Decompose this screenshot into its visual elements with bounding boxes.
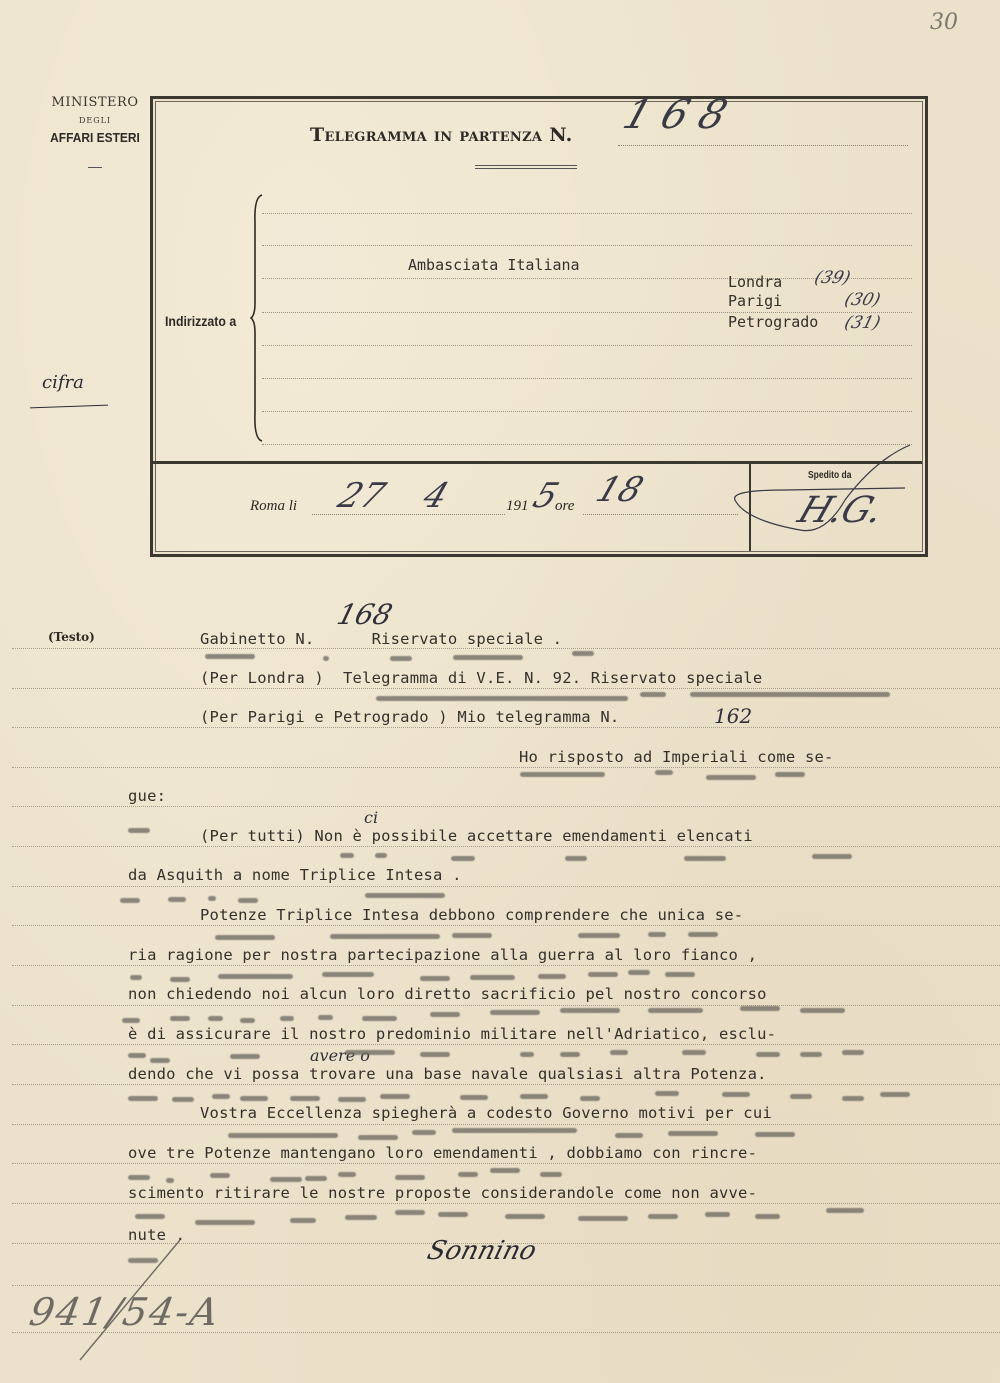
pencil-mark: [412, 1130, 436, 1135]
pencil-mark: [688, 932, 718, 937]
pencil-mark: [470, 975, 515, 980]
ruled-line: [12, 688, 1000, 689]
pencil-mark: [520, 772, 605, 777]
pencil-mark: [578, 1216, 628, 1221]
handwritten-telegram-number: 162: [714, 704, 752, 728]
form-number: 168: [618, 92, 745, 138]
pencil-mark: [775, 772, 805, 777]
section-label-testo: (Testo): [48, 630, 95, 644]
ruled-line: [12, 1005, 1000, 1006]
pencil-mark: [395, 1175, 425, 1180]
pencil-mark: [842, 1096, 864, 1101]
handwritten-insertion-ci: ci: [364, 808, 378, 827]
pencil-mark: [420, 976, 450, 981]
signature-flourish-icon: [725, 440, 925, 540]
year-prefix: 191: [506, 498, 529, 515]
title-double-rule: [475, 165, 577, 169]
pencil-mark: [451, 856, 475, 861]
pencil-mark: [205, 654, 255, 659]
place-label: Roma li: [250, 498, 297, 515]
address-line: [262, 245, 912, 246]
pencil-mark: [588, 972, 618, 977]
address-line: [262, 378, 912, 379]
pencil-mark: [490, 1010, 540, 1015]
destination-number: (39): [812, 268, 852, 288]
destination-city: Londra: [728, 273, 782, 291]
pencil-mark: [358, 1135, 398, 1140]
pencil-mark: [790, 1094, 812, 1099]
pencil-mark: [655, 770, 673, 775]
pencil-mark: [460, 1095, 488, 1100]
pencil-mark: [690, 692, 890, 697]
ruled-line: [12, 1084, 1000, 1085]
ministry-line-1: MINISTERO: [20, 95, 170, 110]
pencil-mark: [682, 1050, 706, 1055]
pencil-mark: [208, 1016, 223, 1021]
ministry-dash: [88, 167, 102, 168]
pencil-mark: [755, 1132, 795, 1137]
ruled-line: [12, 846, 1000, 847]
pencil-mark: [322, 972, 374, 977]
body-line: da Asquith a nome Triplice Intesa .: [128, 866, 462, 884]
destination-city: Parigi: [728, 292, 782, 310]
body-line: ria ragione per nostra partecipazione al…: [128, 946, 757, 964]
ruled-line: [12, 925, 1000, 926]
pencil-mark: [150, 1058, 170, 1063]
cipher-note: cifra: [42, 372, 84, 393]
pencil-mark: [362, 1016, 397, 1021]
pencil-mark: [452, 1128, 577, 1133]
pencil-mark: [375, 853, 387, 858]
pencil-mark: [648, 1008, 703, 1013]
pencil-mark: [458, 1172, 478, 1177]
ruled-line: [12, 965, 1000, 966]
signature: Sonnino: [424, 1236, 540, 1266]
handwritten-insertion-avere: avere o: [310, 1046, 370, 1065]
pencil-mark: [505, 1214, 545, 1219]
pencil-mark: [323, 656, 329, 661]
pencil-mark: [615, 1133, 643, 1138]
pencil-mark: [120, 898, 140, 903]
body-line: (Per tutti) Non è possibile accettare em…: [200, 827, 753, 845]
body-line: gue:: [128, 787, 166, 805]
pencil-mark: [665, 972, 695, 977]
ruled-line: [12, 1163, 1000, 1164]
pencil-mark: [572, 651, 594, 656]
pencil-mark: [565, 856, 587, 861]
pencil-mark: [684, 856, 726, 861]
pencil-mark: [430, 1012, 460, 1017]
pencil-mark: [172, 1097, 194, 1102]
pencil-mark: [812, 854, 852, 859]
destination-number: (30): [842, 290, 882, 310]
pencil-mark: [560, 1008, 620, 1013]
pencil-mark: [228, 1133, 338, 1138]
body-line: è di assicurare il nostro predominio mil…: [128, 1025, 776, 1043]
pencil-mark: [240, 1096, 268, 1101]
pencil-mark: [756, 1052, 780, 1057]
pencil-mark: [128, 1096, 158, 1101]
pencil-mark: [215, 935, 275, 940]
pencil-mark: [842, 1050, 864, 1055]
time-dotted-line: [583, 514, 738, 515]
body-line: (Per Londra ) Telegramma di V.E. N. 92. …: [200, 669, 762, 687]
pencil-mark: [560, 1052, 580, 1057]
pencil-mark: [128, 828, 150, 833]
pencil-mark: [722, 1092, 750, 1097]
address-line: [262, 213, 912, 214]
handwritten-gabinetto-number: 168: [334, 598, 396, 631]
body-line: ove tre Potenze mantengano loro emendame…: [128, 1144, 757, 1162]
pencil-mark: [238, 898, 258, 903]
ruled-line: [12, 1044, 1000, 1045]
pencil-mark: [826, 1208, 864, 1213]
pencil-mark: [628, 970, 650, 975]
pencil-mark: [135, 1214, 165, 1219]
pencil-mark: [453, 655, 523, 660]
pencil-mark: [230, 1054, 260, 1059]
pencil-mark: [128, 1175, 150, 1180]
pencil-mark: [438, 1212, 468, 1217]
pencil-mark: [800, 1008, 845, 1013]
ministry-header: MINISTERO DEGLI AFFARI ESTERI: [20, 95, 170, 168]
page-number: 30: [930, 10, 958, 35]
pencil-mark: [705, 1212, 730, 1217]
pencil-mark: [208, 896, 216, 901]
body-line: dendo che vi possa trovare una base nava…: [128, 1065, 767, 1083]
pencil-mark: [540, 1172, 562, 1177]
destination-city: Petrogrado: [728, 313, 818, 331]
form-number-dotted-line: [618, 145, 908, 146]
body-line: (Per Parigi e Petrogrado ) Mio telegramm…: [200, 708, 619, 726]
pencil-mark: [655, 1091, 679, 1096]
pencil-mark: [318, 1015, 333, 1020]
pencil-mark: [740, 1006, 780, 1011]
pencil-mark: [452, 933, 492, 938]
pencil-mark: [580, 1096, 600, 1101]
pencil-mark: [640, 692, 666, 697]
ruled-line: [12, 1203, 1000, 1204]
pencil-mark: [490, 1168, 520, 1173]
ruled-line: [12, 806, 1000, 807]
ruled-line: [12, 727, 1000, 728]
pencil-mark: [420, 1052, 450, 1057]
pencil-mark: [395, 1210, 425, 1215]
body-line: Ho risposto ad Imperiali come se-: [519, 748, 834, 766]
pencil-mark: [338, 1172, 356, 1177]
addressee: Ambasciata Italiana: [408, 256, 580, 274]
pencil-mark: [345, 1215, 377, 1220]
pencil-slash-icon: [70, 1235, 190, 1365]
ministry-line-2: DEGLI: [20, 116, 170, 125]
pencil-mark: [170, 977, 190, 982]
body-line: Potenze Triplice Intesa debbono comprend…: [200, 906, 743, 924]
body-line: Vostra Eccellenza spiegherà a codesto Go…: [200, 1104, 772, 1122]
pencil-mark: [122, 1018, 140, 1023]
pencil-mark: [380, 1094, 410, 1099]
pencil-mark: [210, 1173, 230, 1178]
pencil-mark: [610, 1050, 628, 1055]
address-line: [262, 345, 912, 346]
ruled-line: [12, 767, 1000, 768]
pencil-mark: [212, 1094, 230, 1099]
pencil-mark: [648, 932, 666, 937]
ministry-line-3: AFFARI ESTERI: [26, 130, 164, 145]
pencil-mark: [520, 1052, 534, 1057]
pencil-mark: [240, 1018, 255, 1023]
pencil-mark: [390, 656, 412, 661]
pencil-mark: [520, 1094, 548, 1099]
pencil-mark: [305, 1176, 327, 1181]
pencil-mark: [130, 975, 142, 980]
brace-icon: [250, 193, 264, 443]
body-line: Gabinetto N. Riservato speciale .: [200, 630, 562, 648]
pencil-mark: [668, 1131, 718, 1136]
pencil-mark: [128, 1053, 146, 1058]
time-label: ore: [555, 498, 574, 515]
pencil-mark: [800, 1052, 822, 1057]
ruled-line: [12, 886, 1000, 887]
destination-number: (31): [842, 313, 882, 333]
pencil-mark: [338, 1097, 366, 1102]
pencil-mark: [538, 974, 566, 979]
pencil-mark: [166, 1178, 174, 1183]
body-line: scimento ritirare le nostre proposte con…: [128, 1184, 757, 1202]
form-title: Telegramma in partenza N.: [310, 124, 573, 146]
pencil-mark: [195, 1220, 255, 1225]
pencil-mark: [270, 1177, 302, 1182]
pencil-mark: [578, 933, 620, 938]
pencil-mark: [290, 1218, 316, 1223]
body-line: non chiedendo noi alcun loro diretto sac…: [128, 985, 767, 1003]
pencil-mark: [330, 934, 440, 939]
pencil-mark: [170, 1016, 190, 1021]
pencil-mark: [340, 853, 354, 858]
pencil-mark: [218, 974, 293, 979]
pencil-mark: [376, 696, 628, 701]
ruled-line: [12, 648, 1000, 649]
address-line: [262, 411, 912, 412]
pencil-mark: [168, 897, 186, 902]
pencil-mark: [880, 1092, 910, 1097]
addressed-to-label: Indirizzato a: [165, 313, 236, 329]
pencil-mark: [345, 1050, 395, 1055]
pencil-mark: [290, 1096, 320, 1101]
pencil-mark: [280, 1016, 294, 1021]
pencil-mark: [706, 775, 756, 780]
pencil-mark: [755, 1214, 780, 1219]
ruled-line: [12, 1124, 1000, 1125]
pencil-mark: [365, 893, 445, 898]
pencil-mark: [648, 1214, 678, 1219]
